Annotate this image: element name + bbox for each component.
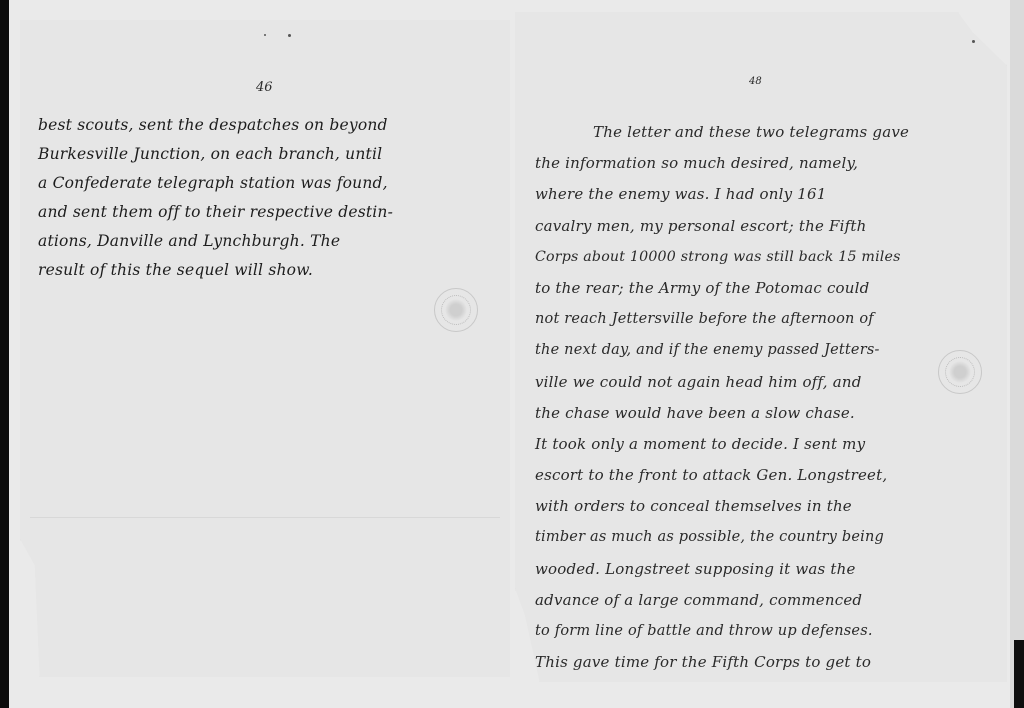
text-line: Burkesville Junction, on each branch, un… [38, 140, 393, 169]
text-line: where the enemy was. I had only 161 [535, 179, 909, 210]
library-seal-stamp-icon [938, 350, 982, 394]
text-line: cavalry men, my personal escort; the Fif… [535, 211, 909, 242]
text-line: and sent them off to their respective de… [38, 198, 393, 227]
library-seal-stamp-icon [434, 288, 478, 332]
text-line: not reach Jettersville before the aftern… [535, 304, 909, 335]
paper-fold [30, 517, 500, 518]
text-line: The letter and these two telegrams gave [535, 117, 909, 148]
page-number-right: 48 [749, 76, 762, 87]
text-line: to the rear; the Army of the Potomac cou… [535, 273, 909, 304]
text-line: to form line of battle and throw up defe… [535, 616, 909, 647]
text-line: timber as much as possible, the country … [535, 522, 909, 553]
text-line-content: The letter and these two telegrams gave [593, 123, 909, 141]
text-line: the next day, and if the enemy passed Je… [535, 335, 909, 366]
page-number-left: 46 [256, 80, 273, 95]
text-line: result of this the sequel will show. [38, 256, 393, 285]
manuscript-page-right: 48 The letter and these two telegrams ga… [515, 12, 1007, 682]
text-line: This gave time for the Fifth Corps to ge… [535, 647, 909, 678]
ink-speck [264, 34, 266, 36]
scan-border-right [1010, 0, 1024, 708]
text-line: wooded. Longstreet supposing it was the [535, 554, 909, 585]
text-line: with orders to conceal themselves in the [535, 491, 909, 522]
text-line: the chase would have been a slow chase. [535, 398, 909, 429]
text-line: Corps about 10000 strong was still back … [535, 242, 909, 273]
ink-speck [972, 40, 975, 43]
text-line: best scouts, sent the despatches on beyo… [38, 111, 393, 140]
left-page-text: best scouts, sent the despatches on beyo… [38, 111, 393, 285]
text-line: escort to the front to attack Gen. Longs… [535, 460, 909, 491]
text-line: a Confederate telegraph station was foun… [38, 169, 393, 198]
ink-speck [288, 34, 291, 37]
text-line: advance of a large command, commenced [535, 585, 909, 616]
text-line: the information so much desired, namely, [535, 148, 909, 179]
scan-border-left [0, 0, 9, 708]
text-line: It took only a moment to decide. I sent … [535, 429, 909, 460]
right-page-text: The letter and these two telegrams gave … [535, 117, 909, 678]
scan-border-right-dark [1014, 640, 1024, 708]
manuscript-page-left: 46 best scouts, sent the despatches on b… [20, 20, 510, 677]
text-line: ville we could not again head him off, a… [535, 367, 909, 398]
text-line: ations, Danville and Lynchburgh. The [38, 227, 393, 256]
